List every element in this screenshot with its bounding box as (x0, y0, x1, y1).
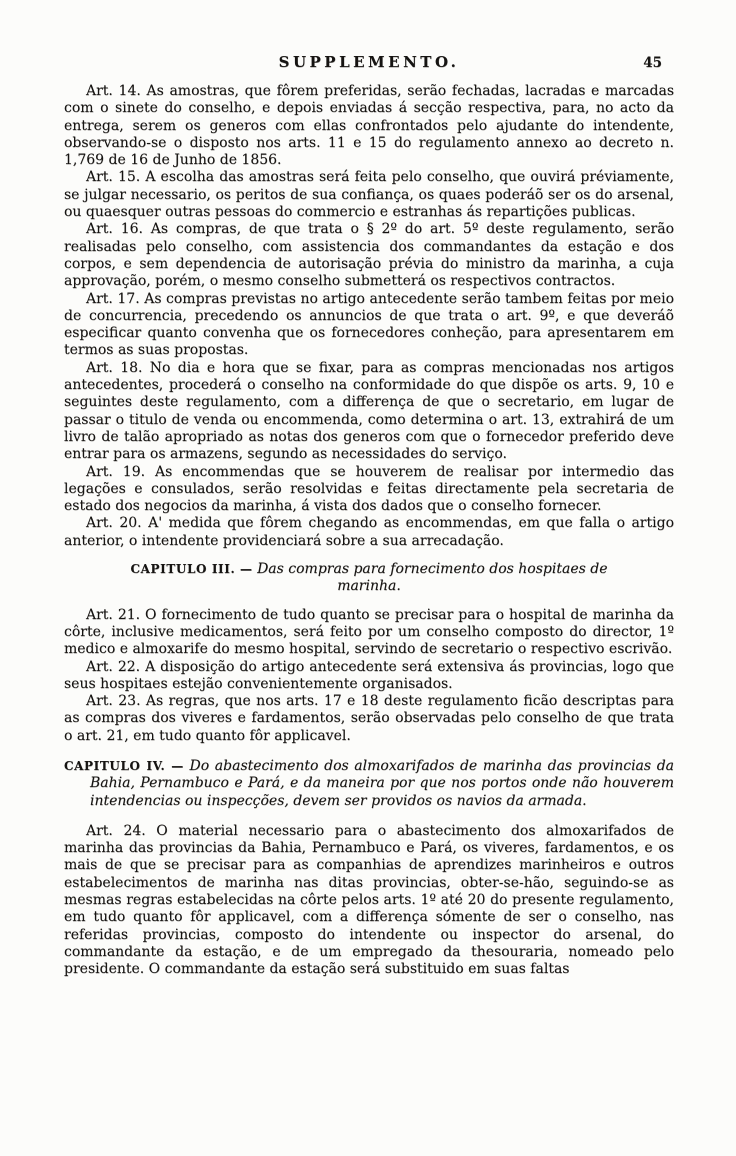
chapter-3-label: CAPITULO III. — (130, 562, 252, 576)
article-15-label: Art. 15. (86, 169, 140, 185)
article-22-label: Art. 22. (86, 659, 140, 675)
article-19-text: As encommendas que se houverem de realis… (64, 464, 674, 515)
article-19-label: Art. 19. (86, 464, 145, 480)
chapter-3-title: Das compras para fornecimento dos hospit… (257, 561, 607, 594)
article-14-label: Art. 14. (86, 83, 141, 99)
article-18: Art. 18. No dia e hora que se fixar, par… (64, 360, 674, 464)
article-24-text: O material necessario para o abastecimen… (64, 823, 674, 977)
article-22-text: A disposição do artigo antecedente será … (64, 659, 674, 692)
article-15-text: A escolha das amostras será feita pelo c… (64, 169, 674, 220)
article-16-text: As compras, de que trata o § 2º do art. … (64, 221, 674, 289)
article-20-text: A' medida que fôrem chegando as encommen… (64, 515, 674, 548)
article-17-text: As compras previstas no artigo anteceden… (64, 291, 674, 359)
article-24-label: Art. 24. (86, 823, 146, 839)
running-title: SUPPLEMENTO. (279, 54, 460, 71)
article-23-text: As regras, que nos arts. 17 e 18 deste r… (64, 693, 674, 744)
article-23: Art. 23. As regras, que nos arts. 17 e 1… (64, 693, 674, 745)
article-16: Art. 16. As compras, de que trata o § 2º… (64, 221, 674, 290)
article-16-label: Art. 16. (86, 221, 143, 237)
page-header: SUPPLEMENTO. 45 (64, 54, 674, 74)
article-21-text: O fornecimento de tudo quanto se precisa… (64, 607, 674, 658)
article-22: Art. 22. A disposição do artigo antecede… (64, 659, 674, 694)
article-15: Art. 15. A escolha das amostras será fei… (64, 169, 674, 221)
page-number: 45 (643, 55, 662, 72)
article-21-label: Art. 21. (86, 607, 140, 623)
chapter-heading-4: CAPITULO IV. — Do abastecimento dos almo… (64, 758, 674, 810)
article-20-label: Art. 20. (86, 515, 142, 531)
article-17-label: Art. 17. (86, 291, 140, 307)
article-21: Art. 21. O fornecimento de tudo quanto s… (64, 607, 674, 659)
chapter-heading-3: CAPITULO III. — Das compras para forneci… (130, 561, 608, 596)
chapter-4-label: CAPITULO IV. — (64, 759, 184, 773)
article-14: Art. 14. As amostras, que fôrem preferid… (64, 83, 674, 169)
article-18-text: No dia e hora que se fixar, para as comp… (64, 360, 674, 462)
page-body: Art. 14. As amostras, que fôrem preferid… (64, 83, 674, 979)
article-24: Art. 24. O material necessario para o ab… (64, 823, 674, 979)
article-18-label: Art. 18. (86, 360, 142, 376)
article-19: Art. 19. As encommendas que se houverem … (64, 464, 674, 516)
article-23-label: Art. 23. (86, 693, 141, 709)
article-17: Art. 17. As compras previstas no artigo … (64, 291, 674, 360)
article-14-text: As amostras, que fôrem preferidas, serão… (64, 83, 674, 168)
document-page: SUPPLEMENTO. 45 Art. 14. As amostras, qu… (0, 0, 736, 1156)
article-20: Art. 20. A' medida que fôrem chegando as… (64, 515, 674, 550)
